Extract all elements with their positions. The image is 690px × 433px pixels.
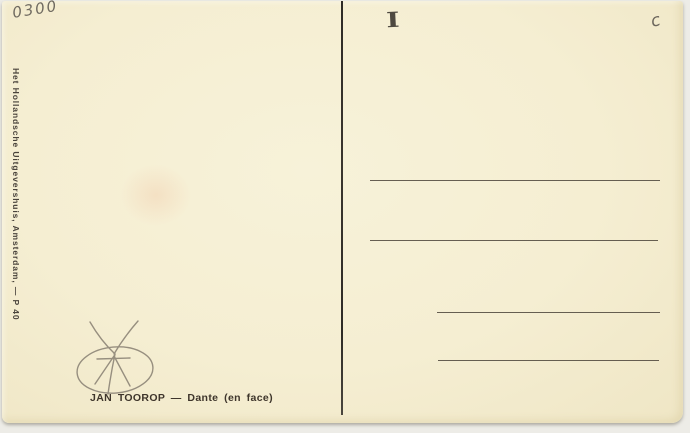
handwritten-numeral: I [386, 7, 401, 33]
address-line [437, 312, 660, 313]
publisher-imprint: Het Hollandsche Uitgevershuis, Amsterdam… [11, 68, 21, 320]
address-line [370, 180, 660, 181]
handwritten-inventory-number: 0300 [11, 0, 59, 22]
toorop-pencil-monogram-icon [70, 313, 165, 403]
postcard-back: 0300 Het Hollandsche Uitgevershuis, Amst… [2, 1, 683, 423]
divider-line [341, 1, 343, 415]
postcard-scan: 0300 Het Hollandsche Uitgevershuis, Amst… [0, 0, 690, 433]
artwork-caption: JAN TOOROP — Dante (en face) [90, 392, 273, 404]
handwritten-corner-mark: c [649, 10, 663, 32]
address-line [438, 360, 659, 361]
address-line [370, 240, 658, 241]
paper-stain [120, 164, 192, 226]
